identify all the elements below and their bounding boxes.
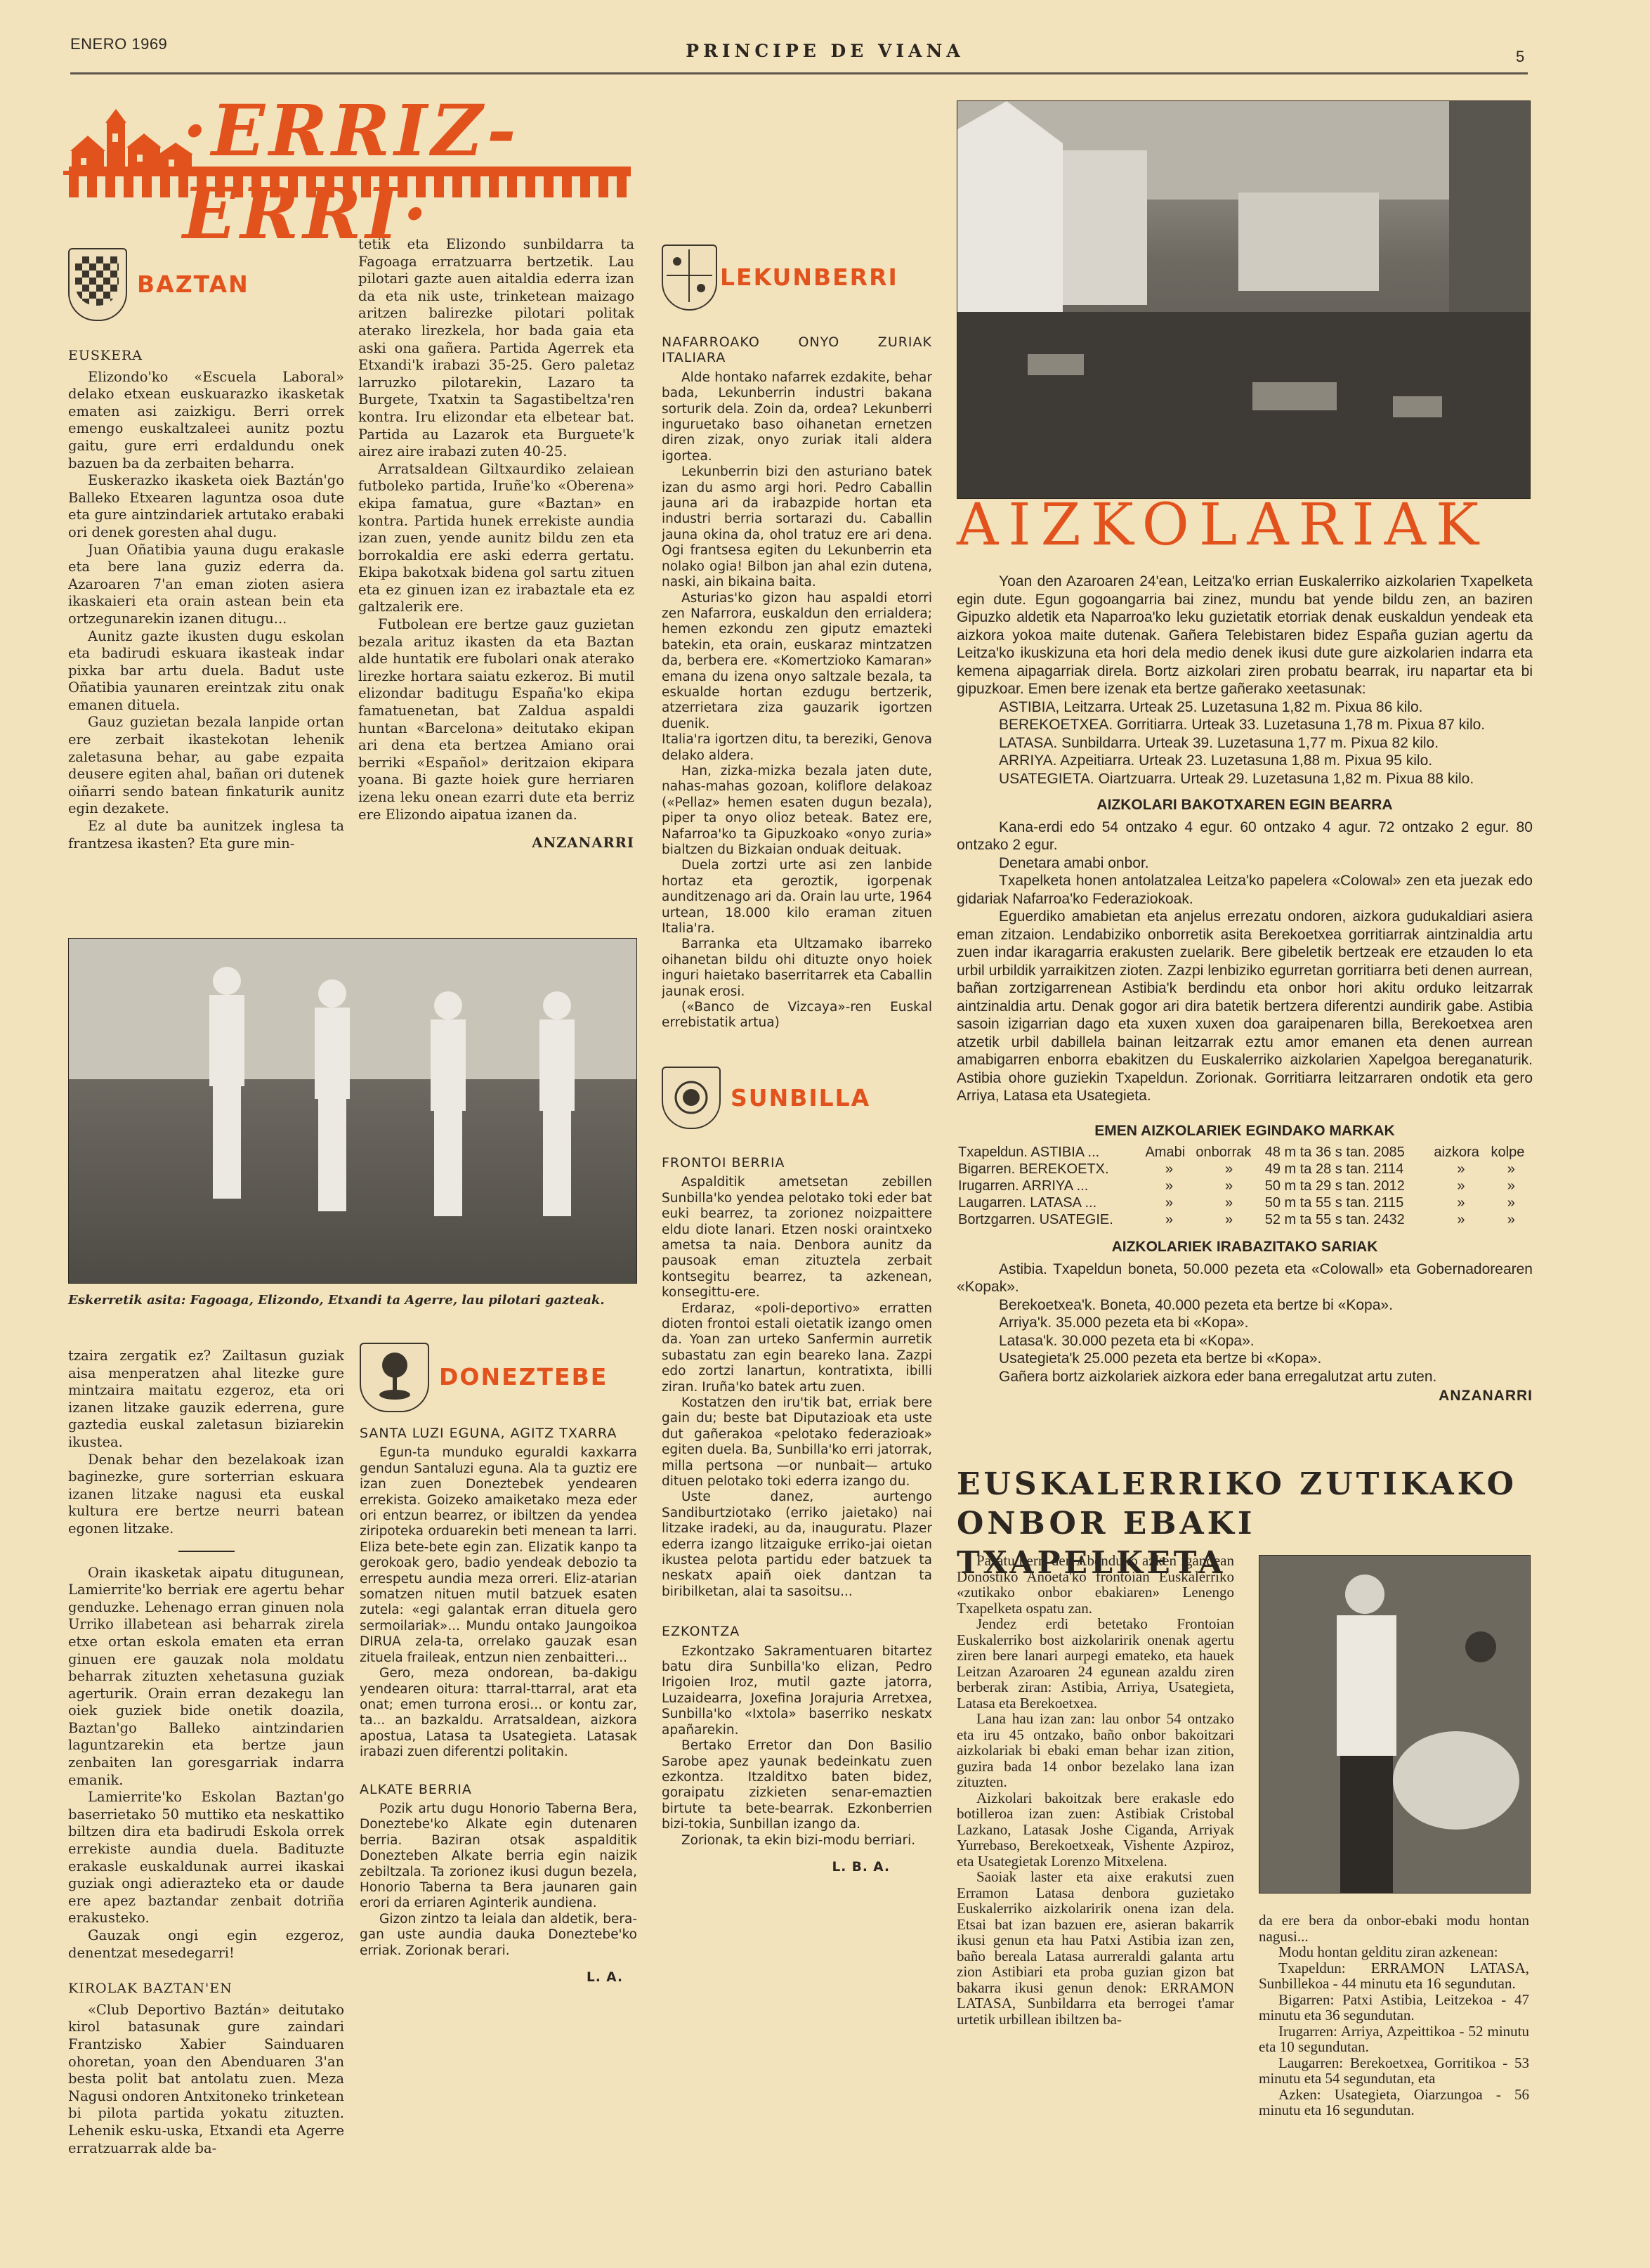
cell: »	[1194, 1194, 1263, 1211]
prize-line: Usategieta'k 25.000 pezeta eta bertze bi…	[957, 1350, 1533, 1368]
paragraph: Aunitz gazte ikusten dugu eskolan eta ba…	[68, 628, 344, 715]
table-row: Bortzgarren. USATEGIE.»»52 m ta 55 s tan…	[957, 1211, 1533, 1228]
lekunberri-coat-of-arms-icon	[662, 245, 717, 311]
paragraph: Denak behar den bezelakoak izan baginezk…	[68, 1452, 344, 1538]
town-name: LEKUNBERRI	[720, 270, 898, 285]
cell: »	[1490, 1194, 1533, 1211]
cell: Bigarren. BEREKOETX.	[957, 1161, 1144, 1178]
doneztebe-tree-coat-of-arms-icon	[360, 1343, 429, 1412]
prize-line: Gañera bortz aizkolariek aizkora eder ba…	[957, 1368, 1533, 1386]
paragraph: Zorionak, ta ekin bizi-modu berriari.	[662, 1833, 932, 1849]
paragraph: Erdaraz, «poli-deportivo» erratten diote…	[662, 1301, 932, 1395]
cell: »	[1490, 1161, 1533, 1178]
cell: aizkora	[1432, 1144, 1489, 1161]
section-heading: ALKATE BERRIA	[360, 1782, 637, 1797]
paragraph: Pasatu berri den Abenduko azken igandean…	[957, 1553, 1234, 1616]
marks-table: Txapeldun. ASTIBIA ...Amabionborrak48 m …	[957, 1144, 1533, 1228]
town-square-crowd-figure-icon	[957, 101, 1530, 498]
prize-line: Arriya'k. 35.000 pezeta eta bi «Kopa».	[957, 1314, 1533, 1332]
paragraph: Italia'ra igortzen ditu, ta bereziki, Ge…	[662, 732, 932, 764]
page-number: 5	[1516, 48, 1524, 66]
sunbilla-coat-of-arms-icon	[662, 1067, 721, 1129]
cell: »	[1432, 1178, 1489, 1194]
signature: L. B. A.	[662, 1860, 932, 1875]
cell: »	[1432, 1161, 1489, 1178]
paragraph: Futbolean ere bertze gauz guzietan bezal…	[358, 616, 634, 823]
table-row: Irugarren. ARRIYA ...»»50 m ta 29 s tan.…	[957, 1178, 1533, 1194]
paragraph: Gauzak ongi egin ezgeroz, denentzat mese…	[68, 1927, 344, 1962]
cell: onborrak	[1194, 1144, 1263, 1161]
paragraph: Juan Oñatibia yauna dugu erakasle eta be…	[68, 542, 344, 628]
lekunberri-heading: LEKUNBERRI	[662, 239, 932, 316]
article-title-line-1: EUSKALERRIKO ZUTIKAKO	[957, 1465, 1533, 1504]
baztan-article: BAZTAN EUSKERA Elizondo'ko «Escuela Labo…	[68, 232, 344, 852]
four-players-figure-icon	[69, 939, 636, 1283]
prize-line: Astibia. Txapeldun boneta, 50.000 pezeta…	[957, 1260, 1533, 1296]
prize-line: Latasa'k. 30.000 pezeta eta bi «Kopa».	[957, 1332, 1533, 1350]
paragraph: Lekunberrin bizi den asturiano batek iza…	[662, 464, 932, 590]
paragraph: Asturias'ko gizon hau aspaldi etorri zen…	[662, 591, 932, 733]
table-row: Laugarren. LATASA ...»»50 m ta 55 s tan.…	[957, 1194, 1533, 1211]
section-heading: SANTA LUZI EGUNA, AGITZ TXARRA	[360, 1426, 637, 1441]
cell: »	[1144, 1194, 1194, 1211]
baztan-article-continued: tetik eta Elizondo sunbildarra ta Fagoag…	[358, 236, 634, 852]
competitor-line: ARRIYA. Azpeitiarra. Urteak 23. Luzetasu…	[957, 752, 1533, 770]
paragraph: Uste danez, aurtengo Sandiburtziotako (e…	[662, 1490, 932, 1600]
baztan-article-lower: tzaira zergatik ez? Zailtasun guziak ais…	[68, 1348, 344, 2157]
paragraph: Ez al dute ba aunitzek inglesa ta frantz…	[68, 818, 344, 852]
pilotari-photo	[68, 938, 637, 1284]
cell: »	[1432, 1211, 1489, 1228]
result-line: Irugarren: Arriya, Azpeittikoa - 52 minu…	[1259, 2023, 1529, 2055]
cell: 50 m ta 55 s tan. 2115	[1264, 1194, 1433, 1211]
paragraph: Kana-erdi edo 54 ontzako 4 egur. 60 ontz…	[957, 819, 1533, 854]
town-name: SUNBILLA	[731, 1090, 870, 1106]
paragraph: Eguerdiko amabietan eta anjelus errezatu…	[957, 908, 1533, 1105]
signature: ANZANARRI	[358, 835, 634, 852]
leitza-crowd-photo	[957, 100, 1531, 499]
cell: Txapeldun. ASTIBIA ...	[957, 1144, 1144, 1161]
subheading: AIZKOLARI BAKOTXAREN EGIN BEARRA	[957, 796, 1533, 814]
cell: 50 m ta 29 s tan. 2012	[1264, 1178, 1433, 1194]
cell: »	[1432, 1194, 1489, 1211]
table-row: Txapeldun. ASTIBIA ...Amabionborrak48 m …	[957, 1144, 1533, 1161]
axeman-photo	[1259, 1555, 1531, 1894]
paragraph: Lamierrite'ko Eskolan Baztan'go baserrie…	[68, 1789, 344, 1927]
section-heading: KIROLAK BAZTAN'EN	[68, 1980, 344, 1997]
cell: kolpe	[1490, 1144, 1533, 1161]
zutikako-left-column: Pasatu berri den Abenduko azken igandean…	[957, 1553, 1234, 2027]
paragraph: Orain ikasketak aipatu ditugunean, Lamie…	[68, 1565, 344, 1790]
result-line: Bigarren: Patxi Astibia, Leitzekoa - 47 …	[1259, 1992, 1529, 2023]
paragraph: tetik eta Elizondo sunbildarra ta Fagoag…	[358, 236, 634, 461]
paragraph: Egun-ta munduko eguraldi kaxkarra gendun…	[360, 1445, 637, 1666]
town-name: DONEZTEBE	[439, 1369, 608, 1385]
subheading: AIZKOLARIEK IRABAZITAKO SARIAK	[957, 1238, 1533, 1256]
cell: 48 m ta 36 s tan. 2085	[1264, 1144, 1433, 1161]
paragraph: Lana hau izan zan: lau onbor 54 ontzako …	[957, 1711, 1234, 1790]
paragraph: tzaira zergatik ez? Zailtasun guziak ais…	[68, 1348, 344, 1452]
paragraph: Aspalditik ametsetan zebillen Sunbilla'k…	[662, 1175, 932, 1301]
paragraph: Denetara amabi onbor.	[957, 854, 1533, 873]
section-heading: EZKONTZA	[662, 1624, 932, 1639]
result-line: Txapeldun: ERRAMON LATASA, Sunbillekoa -…	[1259, 1960, 1529, 1992]
paragraph: Jendez erdi betetako Frontoian Euskalerr…	[957, 1616, 1234, 1711]
cell: Bortzgarren. USATEGIE.	[957, 1211, 1144, 1228]
cell: 49 m ta 28 s tan. 2114	[1264, 1161, 1433, 1178]
paragraph: Saoiak laster eta aixe erakutsi zuen Err…	[957, 1869, 1234, 2027]
aizkolariak-body: Yoan den Azaroaren 24'ean, Leitza'ko err…	[957, 573, 1533, 1405]
sunbilla-heading: SUNBILLA	[662, 1060, 932, 1137]
aizkolariak-article: AIZKOLARIAK Yoan den Azaroaren 24'ean, L…	[957, 492, 1533, 1405]
baztan-coat-of-arms-icon	[68, 248, 127, 321]
paragraph: Han, zizka-mizka bezala jaten dute, naha…	[662, 764, 932, 858]
prize-line: Berekoetxea'k. Boneta, 40.000 pezeta eta…	[957, 1296, 1533, 1315]
subheading: EMEN AIZKOLARIEK EGINDAKO MARKAK	[957, 1122, 1533, 1140]
competitor-line: ASTIBIA, Leitzarra. Urteak 25. Luzetasun…	[957, 698, 1533, 717]
town-name: BAZTAN	[137, 276, 249, 294]
paragraph: Txapelketa honen antolatzalea Leitza'ko …	[957, 872, 1533, 908]
paragraph: Modu hontan gelditu ziran azkenean:	[1259, 1944, 1529, 1960]
signature: ANZANARRI	[957, 1387, 1533, 1405]
cell: »	[1144, 1211, 1194, 1228]
paragraph: «Club Deportivo Baztán» deitutako kirol …	[68, 2002, 344, 2157]
paragraph: Alde hontako nafarrek ezdakite, behar ba…	[662, 370, 932, 464]
competitor-line: USATEGIETA. Oiartzuarra. Urteak 29. Luze…	[957, 770, 1533, 788]
doneztebe-heading: DONEZTEBE	[360, 1338, 637, 1416]
result-line: Azken: Usategieta, Oiarzungoa - 56 minut…	[1259, 2087, 1529, 2118]
cell: »	[1194, 1211, 1263, 1228]
paragraph: Gero, meza ondorean, ba-dakigu yendearen…	[360, 1666, 637, 1760]
cell: »	[1490, 1178, 1533, 1194]
paragraph: Aizkolari bakoitzak bere erakasle edo bo…	[957, 1790, 1234, 1870]
cell: Irugarren. ARRIYA ...	[957, 1178, 1144, 1194]
section-divider	[178, 1551, 235, 1552]
erriz-erri-banner: ·ERRIZ-ERRI·	[63, 88, 636, 204]
paragraph: Ezkontzako Sakramentuaren bitartez batu …	[662, 1644, 932, 1738]
cell: »	[1490, 1211, 1533, 1228]
paragraph: Duela zortzi urte asi zen lanbide hortaz…	[662, 858, 932, 937]
publication-title: PRINCIPE DE VIANA	[0, 41, 1650, 61]
paragraph: Bertako Erretor dan Don Basilio Sarobe a…	[662, 1738, 932, 1832]
cell: »	[1144, 1178, 1194, 1194]
photo-caption: Eskerretik asita: Fagoaga, Elizondo, Etx…	[68, 1293, 644, 1308]
banner-fence	[69, 172, 631, 197]
section-heading: EUSKERA	[68, 347, 344, 365]
signature: L. A.	[360, 1970, 637, 1986]
zutikako-right-column: da ere bera da onbor-ebaki modu hontan n…	[1259, 1912, 1529, 2118]
section-heading: NAFARROAKO ONYO ZURIAK ITALIARA	[662, 334, 932, 366]
cell: Laugarren. LATASA ...	[957, 1194, 1144, 1211]
lekunberri-article: LEKUNBERRI NAFARROAKO ONYO ZURIAK ITALIA…	[662, 239, 932, 1875]
doneztebe-article: DONEZTEBE SANTA LUZI EGUNA, AGITZ TXARRA…	[360, 1338, 637, 1986]
cell: Amabi	[1144, 1144, 1194, 1161]
paragraph: Gizon zintzo ta leiala dan aldetik, bera…	[360, 1912, 637, 1959]
cell: 52 m ta 55 s tan. 2432	[1264, 1211, 1433, 1228]
paragraph: Yoan den Azaroaren 24'ean, Leitza'ko err…	[957, 573, 1533, 698]
table-row: Bigarren. BEREKOETX.»»49 m ta 28 s tan. …	[957, 1161, 1533, 1178]
result-line: Laugarren: Berekoetxea, Gorritikoa - 53 …	[1259, 2055, 1529, 2087]
paragraph: Arratsaldean Giltxaurdiko zelaiean futbo…	[358, 461, 634, 616]
header-rule	[70, 72, 1528, 74]
paragraph: Euskerazko ikasketa oiek Baztán'go Balle…	[68, 472, 344, 541]
paragraph: Kostatzen den iru'tik bat, erriak bere g…	[662, 1395, 932, 1490]
cell: »	[1194, 1178, 1263, 1194]
competitor-line: BEREKOETXEA. Gorritiarra. Urteak 33. Luz…	[957, 716, 1533, 734]
competitor-line: LATASA. Sunbildarra. Urteak 39. Luzetasu…	[957, 734, 1533, 752]
axeman-figure-icon	[1259, 1556, 1530, 1893]
paragraph: Elizondo'ko «Escuela Laboral» delako etx…	[68, 369, 344, 473]
paragraph: Barranka eta Ultzamako ibarreko oihaneta…	[662, 937, 932, 1000]
source-note: («Banco de Vizcaya»-ren Euskal errebista…	[662, 1000, 932, 1031]
section-heading: FRONTOI BERRIA	[662, 1155, 932, 1171]
cell: »	[1194, 1161, 1263, 1178]
paragraph: da ere bera da onbor-ebaki modu hontan n…	[1259, 1912, 1529, 1944]
baztan-heading: BAZTAN	[68, 232, 344, 337]
paragraph: Pozik artu dugu Honorio Taberna Bera, Do…	[360, 1801, 637, 1912]
cell: »	[1144, 1161, 1194, 1178]
paragraph: Gauz guzietan bezala lanpide ortan ere z…	[68, 714, 344, 818]
article-title: AIZKOLARIAK	[957, 492, 1533, 559]
